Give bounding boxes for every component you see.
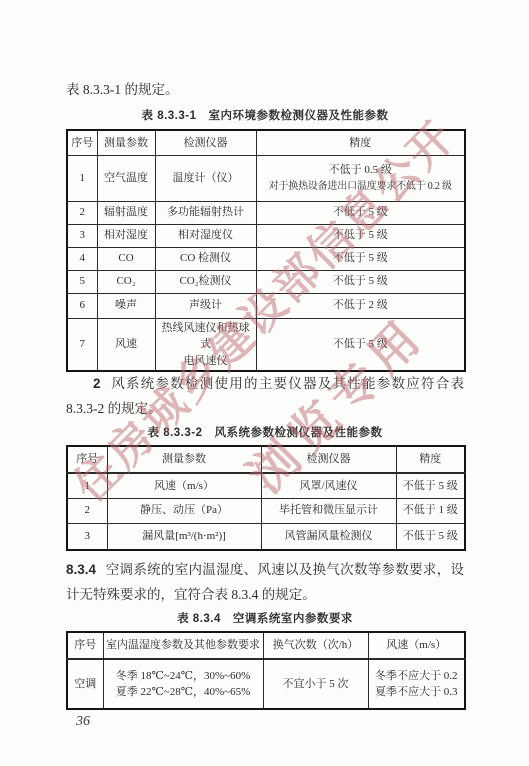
cell-air-changes: 不宜小于 5 次 (263, 659, 368, 709)
cell-no: 5 (67, 270, 97, 293)
speed-winter: 冬季不应大于 0.2 (371, 668, 463, 685)
cell-accuracy: 不低于 5 级 (256, 247, 465, 270)
table-row: 4 CO CO 检测仪 不低于 5 级 (67, 247, 465, 270)
cell-param: 风速（m/s） (107, 473, 261, 498)
header-cell: 序号 (67, 130, 97, 155)
accuracy-line-1: 不低于 0.5 级 (259, 162, 463, 179)
cell-param: 静压、动压（Pa） (107, 498, 261, 523)
header-cell: 换气次数（次/h） (263, 632, 368, 659)
table-row: 2 辐射温度 多功能辐射热计 不低于 5 级 (67, 201, 465, 224)
header-cell: 精度 (256, 130, 465, 155)
cell-param: 噪声 (97, 293, 155, 318)
condition-winter: 冬季 18℃~24℃，30%~60% (106, 668, 261, 685)
cell-param: 风速 (97, 318, 155, 371)
cell-param: 漏风量[m³/(h·m²)] (107, 523, 261, 550)
cell-instrument: 声级计 (155, 293, 256, 318)
header-cell: 测量参数 (107, 446, 261, 473)
table-8-3-4: 序号 室内温湿度参数及其他参数要求 换气次数（次/h） 风速（m/s） 空调 冬… (66, 631, 466, 710)
header-cell: 室内温湿度参数及其他参数要求 (103, 632, 263, 659)
table-row: 5 CO₂ CO₂检测仪 不低于 5 级 (67, 270, 465, 293)
cell-accuracy: 不低于 1 级 (396, 498, 465, 523)
table-row: 2 静压、动压（Pa） 毕托管和微压显示计 不低于 1 级 (67, 498, 465, 523)
instrument-line-1: 热线风速仪和热球式 (158, 320, 254, 353)
section-8-3-4: 8.3.4空调系统的室内温湿度、风速以及换气次数等参数要求，设计无特殊要求的，宜… (66, 558, 464, 608)
cell-accuracy: 不低于 5 级 (256, 270, 465, 293)
cell-param: CO (97, 247, 155, 270)
cell-instrument: 热线风速仪和热球式 电风速仪 (155, 318, 256, 371)
cell-accuracy: 不低于 2 级 (256, 293, 465, 318)
cell-instrument: 温度计（仪） (155, 155, 256, 201)
cell-accuracy: 不低于 0.5 级 对于换热设备进出口温度要求不低于 0.2 级 (256, 155, 465, 201)
table-row: 1 风速（m/s） 风罩/风速仪 不低于 5 级 (67, 473, 465, 498)
table-row: 6 噪声 声级计 不低于 2 级 (67, 293, 465, 318)
table-8-3-3-2: 序号 测量参数 检测仪器 精度 1 风速（m/s） 风罩/风速仪 不低于 5 级… (66, 445, 466, 551)
header-cell: 检测仪器 (261, 446, 396, 473)
cell-param: 相对湿度 (97, 224, 155, 247)
header-cell: 测量参数 (97, 130, 155, 155)
header-cell: 风速（m/s） (368, 632, 465, 659)
header-cell: 序号 (67, 446, 107, 473)
cell-param: 空气温度 (97, 155, 155, 201)
table-row: 7 风速 热线风速仪和热球式 电风速仪 不低于 5 级 (67, 318, 465, 371)
table2-title: 表 8.3.3-2 风系统参数检测仪器及性能参数 (66, 424, 464, 440)
cell-no: 1 (67, 155, 97, 201)
accuracy-line-2: 对于换热设备进出口温度要求不低于 0.2 级 (259, 179, 463, 194)
cell-conditions: 冬季 18℃~24℃，30%~60% 夏季 22℃~28℃，40%~65% (103, 659, 263, 709)
cell-no: 2 (67, 201, 97, 224)
condition-summer: 夏季 22℃~28℃，40%~65% (106, 684, 261, 701)
cell-no: 6 (67, 293, 97, 318)
cell-accuracy: 不低于 5 级 (256, 318, 465, 371)
table-8-3-3-1: 序号 测量参数 检测仪器 精度 1 空气温度 温度计（仪） 不低于 0.5 级 … (66, 129, 466, 372)
table-header-row: 序号 测量参数 检测仪器 精度 (67, 446, 465, 473)
cell-no: 2 (67, 498, 107, 523)
cell-instrument: 风管漏风量检测仪 (261, 523, 396, 550)
section-text: 空调系统的室内温湿度、风速以及换气次数等参数要求，设计无特殊要求的，宜符合表 8… (66, 562, 464, 602)
header-cell: 检测仪器 (155, 130, 256, 155)
cell-no: 3 (67, 523, 107, 550)
speed-summer: 夏季不应大于 0.3 (371, 684, 463, 701)
table3-title: 表 8.3.4 空调系统室内参数要求 (66, 610, 464, 626)
cell-no: 1 (67, 473, 107, 498)
table-row: 3 相对湿度 相对湿度仪 不低于 5 级 (67, 224, 465, 247)
table-header-row: 序号 测量参数 检测仪器 精度 (67, 130, 465, 155)
page-number: 36 (76, 714, 90, 730)
cell-accuracy: 不低于 5 级 (396, 523, 465, 550)
table-row: 空调 冬季 18℃~24℃，30%~60% 夏季 22℃~28℃，40%~65%… (67, 659, 465, 709)
cell-instrument: 毕托管和微压显示计 (261, 498, 396, 523)
table-row: 1 空气温度 温度计（仪） 不低于 0.5 级 对于换热设备进出口温度要求不低于… (67, 155, 465, 201)
cell-instrument: 相对湿度仪 (155, 224, 256, 247)
table-row: 3 漏风量[m³/(h·m²)] 风管漏风量检测仪 不低于 5 级 (67, 523, 465, 550)
cell-no: 4 (67, 247, 97, 270)
cell-instrument: 多功能辐射热计 (155, 201, 256, 224)
header-cell: 精度 (396, 446, 465, 473)
cell-no: 3 (67, 224, 97, 247)
paragraph-number: 2 (93, 376, 101, 391)
paragraph-2: 2风系统参数检测使用的主要仪器及其性能参数应符合表 8.3.3-2 的规定。 (66, 372, 464, 422)
cell-air-speed: 冬季不应大于 0.2 夏季不应大于 0.3 (368, 659, 465, 709)
header-cell: 序号 (67, 632, 103, 659)
table1-title: 表 8.3.3-1 室内环境参数检测仪器及性能参数 (66, 107, 464, 123)
intro-paragraph: 表 8.3.3-1 的规定。 (66, 78, 464, 103)
cell-accuracy: 不低于 5 级 (256, 201, 465, 224)
document-page: 住房城乡建设部信息公开 浏览专用 表 8.3.3-1 的规定。 表 8.3.3-… (0, 0, 529, 766)
cell-instrument: 风罩/风速仪 (261, 473, 396, 498)
table-header-row: 序号 室内温湿度参数及其他参数要求 换气次数（次/h） 风速（m/s） (67, 632, 465, 659)
instrument-line-2: 电风速仪 (158, 353, 254, 370)
cell-param: 辐射温度 (97, 201, 155, 224)
cell-accuracy: 不低于 5 级 (256, 224, 465, 247)
section-number: 8.3.4 (66, 562, 96, 577)
cell-instrument: CO₂检测仪 (155, 270, 256, 293)
cell-instrument: CO 检测仪 (155, 247, 256, 270)
cell-no: 7 (67, 318, 97, 371)
paragraph-text: 风系统参数检测使用的主要仪器及其性能参数应符合表 8.3.3-2 的规定。 (66, 376, 464, 416)
cell-param: CO₂ (97, 270, 155, 293)
cell-accuracy: 不低于 5 级 (396, 473, 465, 498)
cell-no: 空调 (67, 659, 103, 709)
